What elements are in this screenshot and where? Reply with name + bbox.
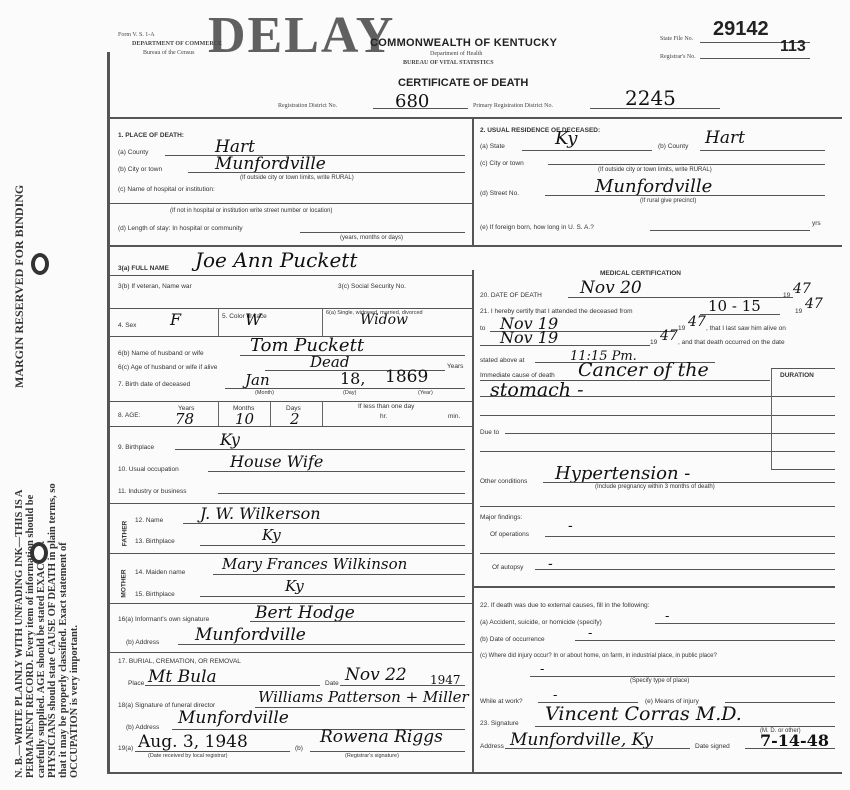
- burial-heading: 17. BURIAL, CREMATION, OR REMOVAL: [118, 658, 241, 665]
- sex-divider: [218, 308, 219, 336]
- birth-date-line: [225, 388, 465, 389]
- res-street-label: (d) Street No.: [480, 190, 519, 197]
- accident-value: -: [665, 609, 669, 624]
- physician-address-label: Address: [480, 743, 504, 750]
- duration-bottom-line: [771, 469, 835, 470]
- date-signed-label: Date signed: [695, 743, 730, 750]
- res-county-value: Hart: [705, 128, 745, 148]
- death-city-line: [188, 172, 465, 173]
- full-name-line: [107, 275, 472, 276]
- informant-address-label: (b) Address: [126, 639, 159, 646]
- father-birthplace-line: [200, 545, 465, 546]
- birth-year-value: 1869: [385, 367, 428, 387]
- at-work-label: While at work?: [480, 698, 523, 705]
- where-line: [530, 676, 835, 677]
- spouse-age-label: 6(c) Age of husband or wife if alive: [118, 364, 217, 371]
- spouse-name-line: [240, 355, 465, 356]
- sex-value: F: [170, 310, 181, 329]
- res-city-line: [548, 164, 825, 165]
- residence-heading: 2. USUAL RESIDENCE OF DECEASED:: [480, 127, 600, 134]
- attended-from-line: [700, 314, 780, 315]
- burial-place-line: [145, 685, 320, 686]
- res-state-value: Ky: [555, 128, 577, 149]
- age-divider-3: [322, 401, 323, 426]
- mother-name-line: [213, 574, 465, 575]
- length-of-stay-label: (d) Length of stay: In hospital or commu…: [118, 225, 243, 232]
- autopsy-line: [535, 569, 835, 570]
- cause-line-1: [480, 380, 770, 381]
- due-to-line-2: [480, 451, 835, 452]
- birth-month-value: Jan: [245, 371, 270, 389]
- burial-date-value: Nov 22: [345, 665, 407, 685]
- birth-day-note: (Day): [343, 390, 356, 396]
- informant-address-value: Munfordville: [195, 625, 306, 645]
- burial-date-line: [340, 685, 465, 686]
- birth-year-note: (Year): [418, 390, 433, 396]
- mother-section-label: MOTHER: [121, 569, 128, 597]
- attended-to-year-prefix: 19: [678, 325, 685, 332]
- death-city-label: (b) City or town: [118, 166, 162, 173]
- registrar-sig-label: (b): [295, 745, 303, 752]
- age-label: 8. AGE:: [118, 412, 140, 419]
- full-name-value: Joe Ann Puckett: [195, 248, 357, 272]
- foreign-born-line: [650, 230, 810, 231]
- registrar-sig-value: Rowena Riggs: [320, 727, 443, 747]
- at-work-value: -: [553, 688, 557, 703]
- res-street-line: [545, 195, 825, 196]
- funeral-director-value: Williams Patterson + Miller: [258, 688, 469, 706]
- received-label: 19(a): [118, 745, 133, 752]
- director-address-label: (b) Address: [126, 724, 159, 731]
- duration-label: DURATION: [780, 372, 814, 379]
- occupation-value: House Wife: [230, 452, 323, 471]
- industry-line: [218, 493, 465, 494]
- birth-day-value: 18,: [340, 369, 365, 388]
- race-value: W: [245, 310, 261, 329]
- less-than-day-label: If less than one day: [358, 403, 414, 410]
- last-seen-label: , that I last saw him alive on: [706, 325, 786, 332]
- place-of-death-heading: 1. PLACE OF DEATH:: [118, 132, 184, 139]
- state-file-number: 29142: [713, 18, 769, 41]
- mother-birthplace-label: 15. Birthplace: [135, 591, 175, 598]
- hospital-divider: [107, 203, 472, 204]
- spouse-name-label: 6(b) Name of husband or wife: [118, 350, 204, 357]
- occurrence-line: [575, 640, 835, 641]
- date-signed-line: [745, 748, 835, 749]
- res-county-line: [700, 150, 825, 151]
- father-section-label: FATHER: [121, 521, 128, 547]
- attended-from-value: 10 - 15: [708, 297, 761, 315]
- informant-label: 16(a) Informant's own signature: [118, 616, 209, 623]
- other-conditions-note: (Include pregnancy within 3 months of de…: [595, 484, 715, 490]
- column-divider-main: [472, 270, 474, 774]
- last-seen-year-prefix: 19: [650, 339, 657, 346]
- burial-date-label: Date: [325, 680, 339, 687]
- accident-label: (a) Accident, suicide, or homicide (spec…: [480, 619, 602, 626]
- birthplace-line: [175, 449, 465, 450]
- full-name-label: 3(a) FULL NAME: [118, 265, 169, 272]
- father-name-label: 12. Name: [135, 517, 163, 524]
- birthplace-value: Ky: [220, 430, 240, 449]
- ss-label: 3(c) Social Security No.: [338, 283, 406, 290]
- death-date-label: 20. DATE OF DEATH: [480, 292, 542, 299]
- hours-label: hr.: [380, 413, 387, 420]
- physician-address-line: [505, 748, 690, 749]
- attended-to-year-value: 47: [688, 314, 706, 330]
- other-conditions-line: [543, 482, 835, 483]
- informant-address-line: [178, 644, 465, 645]
- attended-to-label: to: [480, 325, 485, 332]
- operations-label: Of operations: [490, 531, 529, 538]
- burial-place-value: Mt Bula: [148, 667, 217, 687]
- mother-birthplace-line: [200, 596, 465, 597]
- due-to-line: [505, 433, 835, 434]
- occupation-line: [208, 471, 465, 472]
- informant-value: Bert Hodge: [255, 603, 355, 623]
- accident-line: [655, 623, 835, 624]
- informant-divider: [107, 652, 472, 653]
- mother-name-value: Mary Frances Wilkinson: [222, 555, 407, 573]
- other-conditions-label: Other conditions: [480, 478, 527, 485]
- birth-date-label: 7. Birth date of deceased: [118, 381, 190, 388]
- physician-signature-label: 23. Signature: [480, 720, 519, 727]
- header-divider: [107, 117, 842, 119]
- birthplace-label: 9. Birthplace: [118, 444, 154, 451]
- foreign-born-unit: yrs: [812, 220, 821, 227]
- column-divider-top: [472, 117, 474, 247]
- res-state-line: [522, 150, 652, 151]
- age-divider-1: [218, 401, 219, 426]
- father-name-value: J. W. Wilkerson: [200, 504, 321, 523]
- occurrence-label: (b) Date of occurrence: [480, 636, 545, 643]
- margin-reserved-label: MARGIN RESERVED FOR BINDING: [14, 185, 25, 388]
- death-county-label: (a) County: [118, 149, 148, 156]
- father-birthplace-label: 13. Birthplace: [135, 538, 175, 545]
- death-date-value: Nov 20: [580, 278, 642, 298]
- death-city-note: (If outside city or town limits, write R…: [240, 175, 354, 181]
- birth-month-note: (Month): [255, 390, 274, 396]
- operations-line-2: [480, 553, 835, 554]
- registrar-sig-note: (Registrar's signature): [345, 753, 399, 759]
- physician-address-value: Munfordville, Ky: [510, 730, 653, 750]
- due-to-label: Due to: [480, 429, 499, 436]
- operations-value: -: [568, 518, 573, 534]
- res-city-note: (If outside city or town limits, write R…: [598, 167, 712, 173]
- foreign-born-label: (e) If foreign born, how long in U. S. A…: [480, 224, 594, 231]
- autopsy-label: Of autopsy: [492, 564, 523, 571]
- medical-heading: MEDICAL CERTIFICATION: [600, 270, 681, 277]
- death-certificate: N. B.—WRITE PLAINLY WITH UNFADING INK—TH…: [0, 0, 850, 790]
- spouse-age-unit: Years: [447, 363, 463, 370]
- where-note: (Specify type of place): [630, 678, 689, 684]
- res-street-value: Munfordville: [595, 176, 712, 197]
- sex-label: 4. Sex: [118, 322, 136, 329]
- res-city-label: (c) City or town: [480, 160, 524, 167]
- veteran-label: 3(b) If veteran, Name war: [118, 283, 192, 290]
- section-divider: [107, 245, 842, 247]
- duration-top-line: [771, 368, 835, 369]
- marital-value: Widow: [360, 312, 408, 328]
- death-city-value: Munfordville: [215, 154, 326, 174]
- length-of-stay-line: [300, 232, 465, 233]
- form-number: Form V. S. 1-A: [118, 32, 155, 38]
- industry-label: 11. Industry or business: [118, 488, 187, 495]
- external-heading: 22. If death was due to external causes,…: [480, 602, 649, 609]
- burial-place-label: Place: [128, 680, 144, 687]
- margin-nb-text: N. B.—WRITE PLAINLY WITH UNFADING INK—TH…: [14, 478, 80, 778]
- occupation-label: 10. Usual occupation: [118, 466, 179, 473]
- director-address-value: Munfordville: [178, 708, 289, 728]
- minutes-label: min.: [448, 413, 460, 420]
- death-occurred-label: , and that death occurred on the date: [678, 339, 785, 346]
- attended-from-year-prefix: 19: [795, 308, 802, 315]
- occurrence-value: -: [588, 626, 592, 641]
- state-heading: COMMONWEALTH OF KENTUCKY: [370, 37, 557, 49]
- hospital-note: (If not in hospital or institution write…: [170, 208, 332, 214]
- other-conditions-value: Hypertension -: [555, 463, 690, 484]
- res-street-note: (If rural give precinct): [640, 198, 696, 204]
- cause-line-3: [480, 415, 835, 416]
- father-divider: [107, 553, 472, 554]
- operations-line: [545, 536, 835, 537]
- received-value: Aug. 3, 1948: [138, 732, 248, 752]
- veteran-divider: [107, 308, 472, 309]
- state-file-label: State File No.: [660, 36, 693, 42]
- informant-line: [250, 621, 465, 622]
- mother-name-label: 14. Maiden name: [135, 569, 185, 576]
- medical-divider: [474, 586, 835, 588]
- race-divider: [322, 308, 323, 336]
- hospital-label: (c) Name of hospital or institution:: [118, 186, 215, 193]
- length-of-stay-note: (years, months or days): [340, 235, 403, 241]
- physician-signature-value: Vincent Corras M.D.: [545, 703, 742, 725]
- physician-signature-line: [535, 726, 835, 727]
- attended-from-year-value: 47: [805, 296, 823, 312]
- binding-hole-icon: [30, 542, 48, 564]
- age-row-divider: [107, 426, 472, 427]
- last-seen-year-value: 47: [660, 328, 678, 344]
- other-conditions-line-2: [480, 506, 835, 507]
- death-year-prefix: 19: [783, 292, 790, 299]
- cause-line-2: [480, 396, 835, 397]
- birth-row-divider: [107, 401, 472, 402]
- department-label: DEPARTMENT OF COMMERCE: [132, 41, 222, 47]
- mother-birthplace-value: Ky: [285, 577, 304, 595]
- where-value: -: [540, 662, 544, 677]
- age-divider-2: [270, 401, 271, 426]
- where-label: (c) Where did injury occur? In or about …: [480, 653, 717, 659]
- father-birthplace-value: Ky: [262, 526, 281, 544]
- major-findings-label: Major findings:: [480, 514, 522, 521]
- res-county-label: (b) County: [658, 143, 688, 150]
- binding-hole-icon: [31, 253, 49, 275]
- res-state-label: (a) State: [480, 143, 505, 150]
- duration-divider: [771, 368, 772, 470]
- death-year-value: 47: [793, 281, 811, 297]
- father-name-line: [183, 523, 465, 524]
- last-seen-line: [480, 345, 650, 346]
- received-note: (Date received by local registrar): [148, 753, 227, 759]
- received-line: [135, 751, 290, 752]
- registrar-sig-line: [310, 751, 465, 752]
